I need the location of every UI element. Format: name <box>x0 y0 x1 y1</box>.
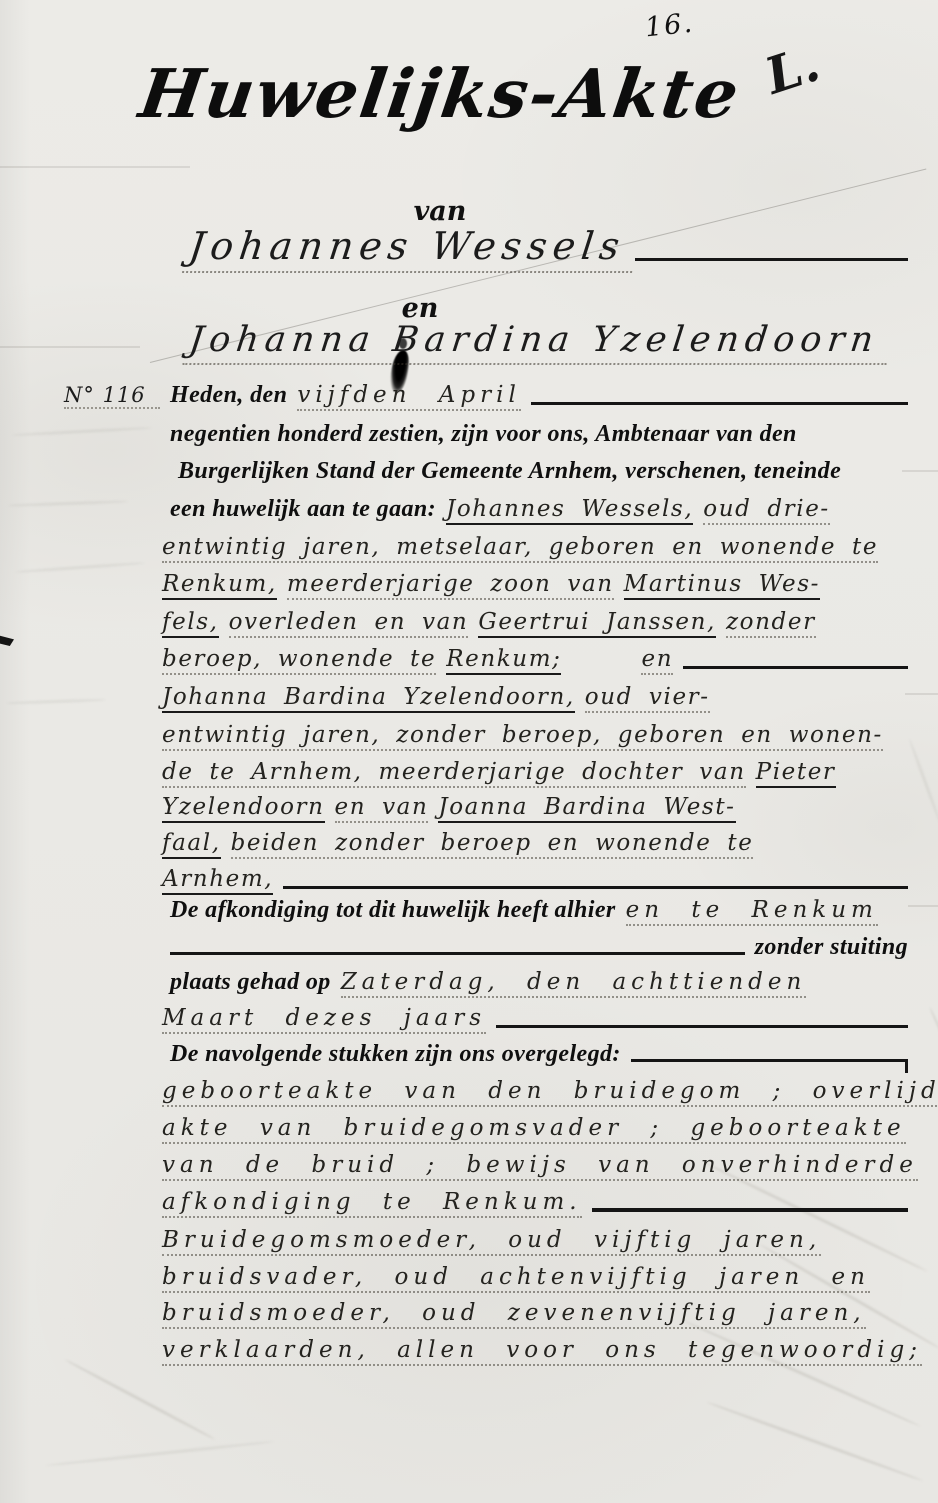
groom-name-line: Johannes Wessels <box>185 224 908 273</box>
act-number-value: 116 <box>103 383 146 407</box>
bleed-through-rule <box>0 346 140 348</box>
handwritten-text: akte van bruidegomsvader ; geboorteakte <box>162 1115 906 1144</box>
act-line-bride-age: entwintig jaren, zonder beroep, geboren … <box>162 722 908 751</box>
act-line-banns-month: Maart dezes jaars <box>162 1005 908 1034</box>
printed-text: plaats gehad op <box>170 969 331 996</box>
handwritten-name: faal, <box>162 830 221 859</box>
handwritten-text: oud vier- <box>585 684 710 713</box>
ruled-fill-stroke <box>496 1025 908 1028</box>
act-line-documents-1: geboorteakte van den bruidegom ; overlij… <box>162 1078 908 1107</box>
page-title: Huwelijks-Akte <box>64 54 815 133</box>
bleed-through-writing <box>6 698 106 704</box>
handwritten-text: bruidsmoeder, oud zevenenvijftig jaren, <box>162 1300 866 1329</box>
act-number: N° 116 <box>64 383 160 409</box>
act-line-documents-header: De navolgende stukken zijn ons overgeleg… <box>170 1041 908 1068</box>
handwritten-name: Renkum; <box>446 646 561 675</box>
handwritten-text: entwintig jaren, zonder beroep, geboren … <box>162 722 883 751</box>
ruled-fill-stroke <box>283 886 908 889</box>
handwritten-text: oud drie- <box>703 496 830 525</box>
act-line-banns: De afkondiging tot dit huwelijk heeft al… <box>170 897 908 926</box>
handwritten-text: verklaarden, allen voor ons tegenwoordig… <box>162 1337 922 1366</box>
handwritten-name: Yzelendoorn <box>162 794 325 823</box>
handwritten-text: meerderjarige zoon van <box>287 571 614 600</box>
printed-text: De afkondiging tot dit huwelijk heeft al… <box>170 897 616 924</box>
act-line-documents-4: afkondiging te Renkum. <box>162 1189 908 1218</box>
handwritten-text: bruidsvader, oud achtenvijftig jaren en <box>162 1264 870 1293</box>
handwritten-text: geboorteakte van den bruidegom ; overlij… <box>162 1078 938 1107</box>
handwritten-text: en te Renkum <box>626 897 878 926</box>
handwritten-name: Arnhem, <box>162 866 273 895</box>
act-line-documents-3: van de bruid ; bewijs van onverhinderde <box>162 1152 908 1181</box>
handwritten-name: Johannes Wessels, <box>446 496 693 525</box>
handwritten-name: Geertrui Janssen, <box>478 609 716 638</box>
act-line-groom-origin: Renkum, meerderjarige zoon van Martinus … <box>162 571 908 600</box>
bleed-through-writing <box>45 1440 274 1467</box>
act-line-declaration: verklaarden, allen voor ons tegenwoordig… <box>162 1337 908 1366</box>
bleed-through-writing <box>908 739 938 825</box>
bleed-through-rule <box>908 905 938 907</box>
bleed-through-writing <box>15 561 145 573</box>
act-line-bride-parents-2: faal, beiden zonder beroep en wonende te <box>162 830 908 859</box>
handwritten-text: beroep, wonende te <box>162 646 436 675</box>
handwritten-text: Bruidegomsmoeder, oud vijftig jaren, <box>162 1227 821 1256</box>
bride-name-line: Johanna Bardina Yzelendoorn <box>185 320 868 365</box>
groom-name: Johannes Wessels <box>182 224 638 273</box>
printed-text: De navolgende stukken zijn ons overgeleg… <box>170 1041 621 1068</box>
act-line-bride-origin: de te Arnhem, meerderjarige dochter van … <box>162 759 908 788</box>
act-line-registry: Burgerlijken Stand der Gemeente Arnhem, … <box>178 458 908 485</box>
handwritten-text: de te Arnhem, meerderjarige dochter van <box>162 759 746 788</box>
bleed-through-writing <box>8 500 128 507</box>
bleed-through-writing <box>12 426 152 436</box>
handwritten-text: Zaterdag, den achttienden <box>341 969 807 998</box>
page-number: 16. <box>644 8 696 44</box>
act-line-groom-residence: beroep, wonende te Renkum; en <box>162 646 908 675</box>
handwritten-text: beiden zonder beroep en wonende te <box>231 830 754 859</box>
act-line-no-objection: zonder stuiting <box>170 934 908 961</box>
printed-text: negentien honderd zestien, zijn voor ons… <box>170 421 797 448</box>
printed-text: een huwelijk aan te gaan: <box>170 496 436 523</box>
ruled-fill-stroke <box>683 666 908 669</box>
ruled-fill-stroke <box>635 258 908 261</box>
bride-name: Johanna Bardina Yzelendoorn <box>182 320 891 365</box>
act-line-year-officiant: negentien honderd zestien, zijn voor ons… <box>170 421 908 448</box>
printed-text: Heden, den <box>170 382 287 409</box>
handwritten-text: overleden en van <box>229 609 469 638</box>
act-number-label: N° <box>64 383 95 407</box>
act-line-witness-2: bruidsvader, oud achtenvijftig jaren en <box>162 1264 908 1293</box>
ruled-fill-stroke <box>592 1208 908 1212</box>
handwritten-text: afkondiging te Renkum. <box>162 1189 582 1218</box>
connector-van: van <box>70 196 810 227</box>
handwritten-name: fels, <box>162 609 219 638</box>
handwritten-name: Joanna Bardina West- <box>438 794 735 823</box>
act-line-witness-1: Bruidegomsmoeder, oud vijftig jaren, <box>162 1227 908 1256</box>
ruled-fill-stroke <box>531 402 908 405</box>
act-line-bride-residence: Arnhem, <box>162 866 908 895</box>
handwritten-name: Pieter <box>756 759 836 788</box>
printed-text: Burgerlijken Stand der Gemeente Arnhem, … <box>178 458 841 485</box>
handwritten-text: en van <box>335 794 429 823</box>
act-line-banns-date: plaats gehad op Zaterdag, den achttiende… <box>170 969 908 998</box>
handwritten-text: zonder <box>726 609 816 638</box>
handwritten-text: van de bruid ; bewijs van onverhinderde <box>162 1152 918 1181</box>
handwritten-text: en <box>641 646 673 675</box>
act-line-groom-intro: een huwelijk aan te gaan: Johannes Wesse… <box>170 496 908 525</box>
act-line-groom-parents: fels, overleden en van Geertrui Janssen,… <box>162 609 908 638</box>
handwritten-text: Maart dezes jaars <box>162 1005 486 1034</box>
act-line-bride-intro: Johanna Bardina Yzelendoorn, oud vier- <box>162 684 908 713</box>
act-line-witness-3: bruidsmoeder, oud zevenenvijftig jaren, <box>162 1300 908 1329</box>
ruled-fill-stroke <box>631 1059 908 1062</box>
bleed-through-rule <box>905 693 938 695</box>
act-line-opening-date: N° 116 Heden, den vijfden April <box>64 382 908 411</box>
printed-text: zonder stuiting <box>755 934 908 961</box>
edge-ink-speck <box>0 634 14 646</box>
handwritten-name: Martinus Wes- <box>624 571 820 600</box>
act-line-groom-age: entwintig jaren, metselaar, geboren en w… <box>162 534 908 563</box>
handwritten-name: Johanna Bardina Yzelendoorn, <box>162 684 575 713</box>
bleed-through-writing <box>683 1319 922 1427</box>
handwritten-text: vijfden April <box>297 382 521 411</box>
handwritten-name: Renkum, <box>162 571 277 600</box>
act-line-bride-parents: Yzelendoorn en van Joanna Bardina West- <box>162 794 908 823</box>
bleed-through-writing <box>64 1358 216 1440</box>
bleed-through-rule <box>0 166 190 168</box>
bleed-through-writing <box>758 1243 938 1351</box>
act-line-documents-2: akte van bruidegomsvader ; geboorteakte <box>162 1115 908 1144</box>
handwritten-text: entwintig jaren, metselaar, geboren en w… <box>162 534 878 563</box>
ruled-fill-stroke <box>170 952 745 955</box>
